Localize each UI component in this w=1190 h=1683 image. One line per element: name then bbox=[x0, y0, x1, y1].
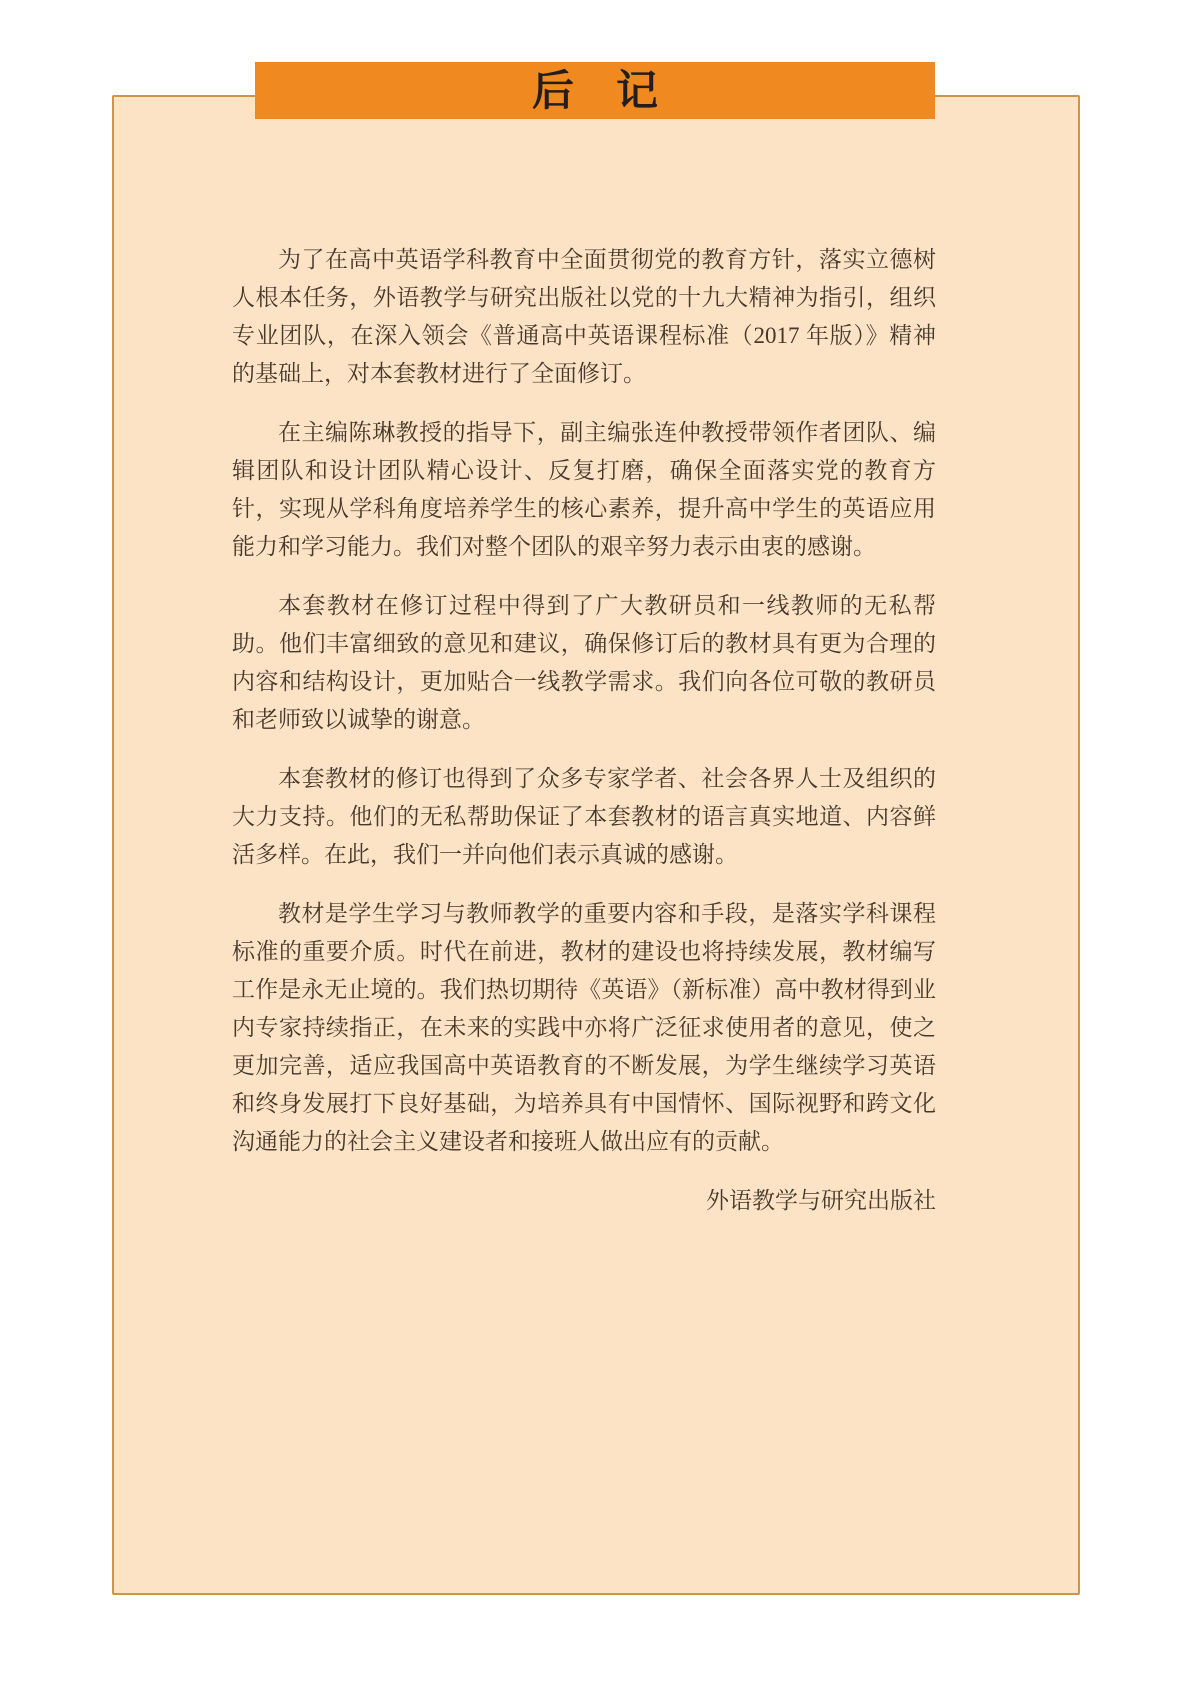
publisher-signature: 外语教学与研究出版社 bbox=[232, 1182, 936, 1220]
paragraph-3: 本套教材在修订过程中得到了广大教研员和一线教师的无私帮助。他们丰富细致的意见和建… bbox=[232, 587, 936, 739]
paragraph-2: 在主编陈琳教授的指导下，副主编张连仲教授带领作者团队、编辑团队和设计团队精心设计… bbox=[232, 414, 936, 566]
book-page: 后 记 为了在高中英语学科教育中全面贯彻党的教育方针，落实立德树人根本任务，外语… bbox=[0, 0, 1190, 1683]
paragraph-1: 为了在高中英语学科教育中全面贯彻党的教育方针，落实立德树人根本任务，外语教学与研… bbox=[232, 241, 936, 393]
paragraph-4: 本套教材的修订也得到了众多专家学者、社会各界人士及组织的大力支持。他们的无私帮助… bbox=[232, 760, 936, 874]
paragraph-5: 教材是学生学习与教师教学的重要内容和手段，是落实学科课程标准的重要介质。时代在前… bbox=[232, 895, 936, 1161]
afterword-title-banner: 后 记 bbox=[255, 62, 935, 119]
page-title: 后 记 bbox=[532, 70, 658, 112]
afterword-body: 为了在高中英语学科教育中全面贯彻党的教育方针，落实立德树人根本任务，外语教学与研… bbox=[232, 241, 936, 1220]
